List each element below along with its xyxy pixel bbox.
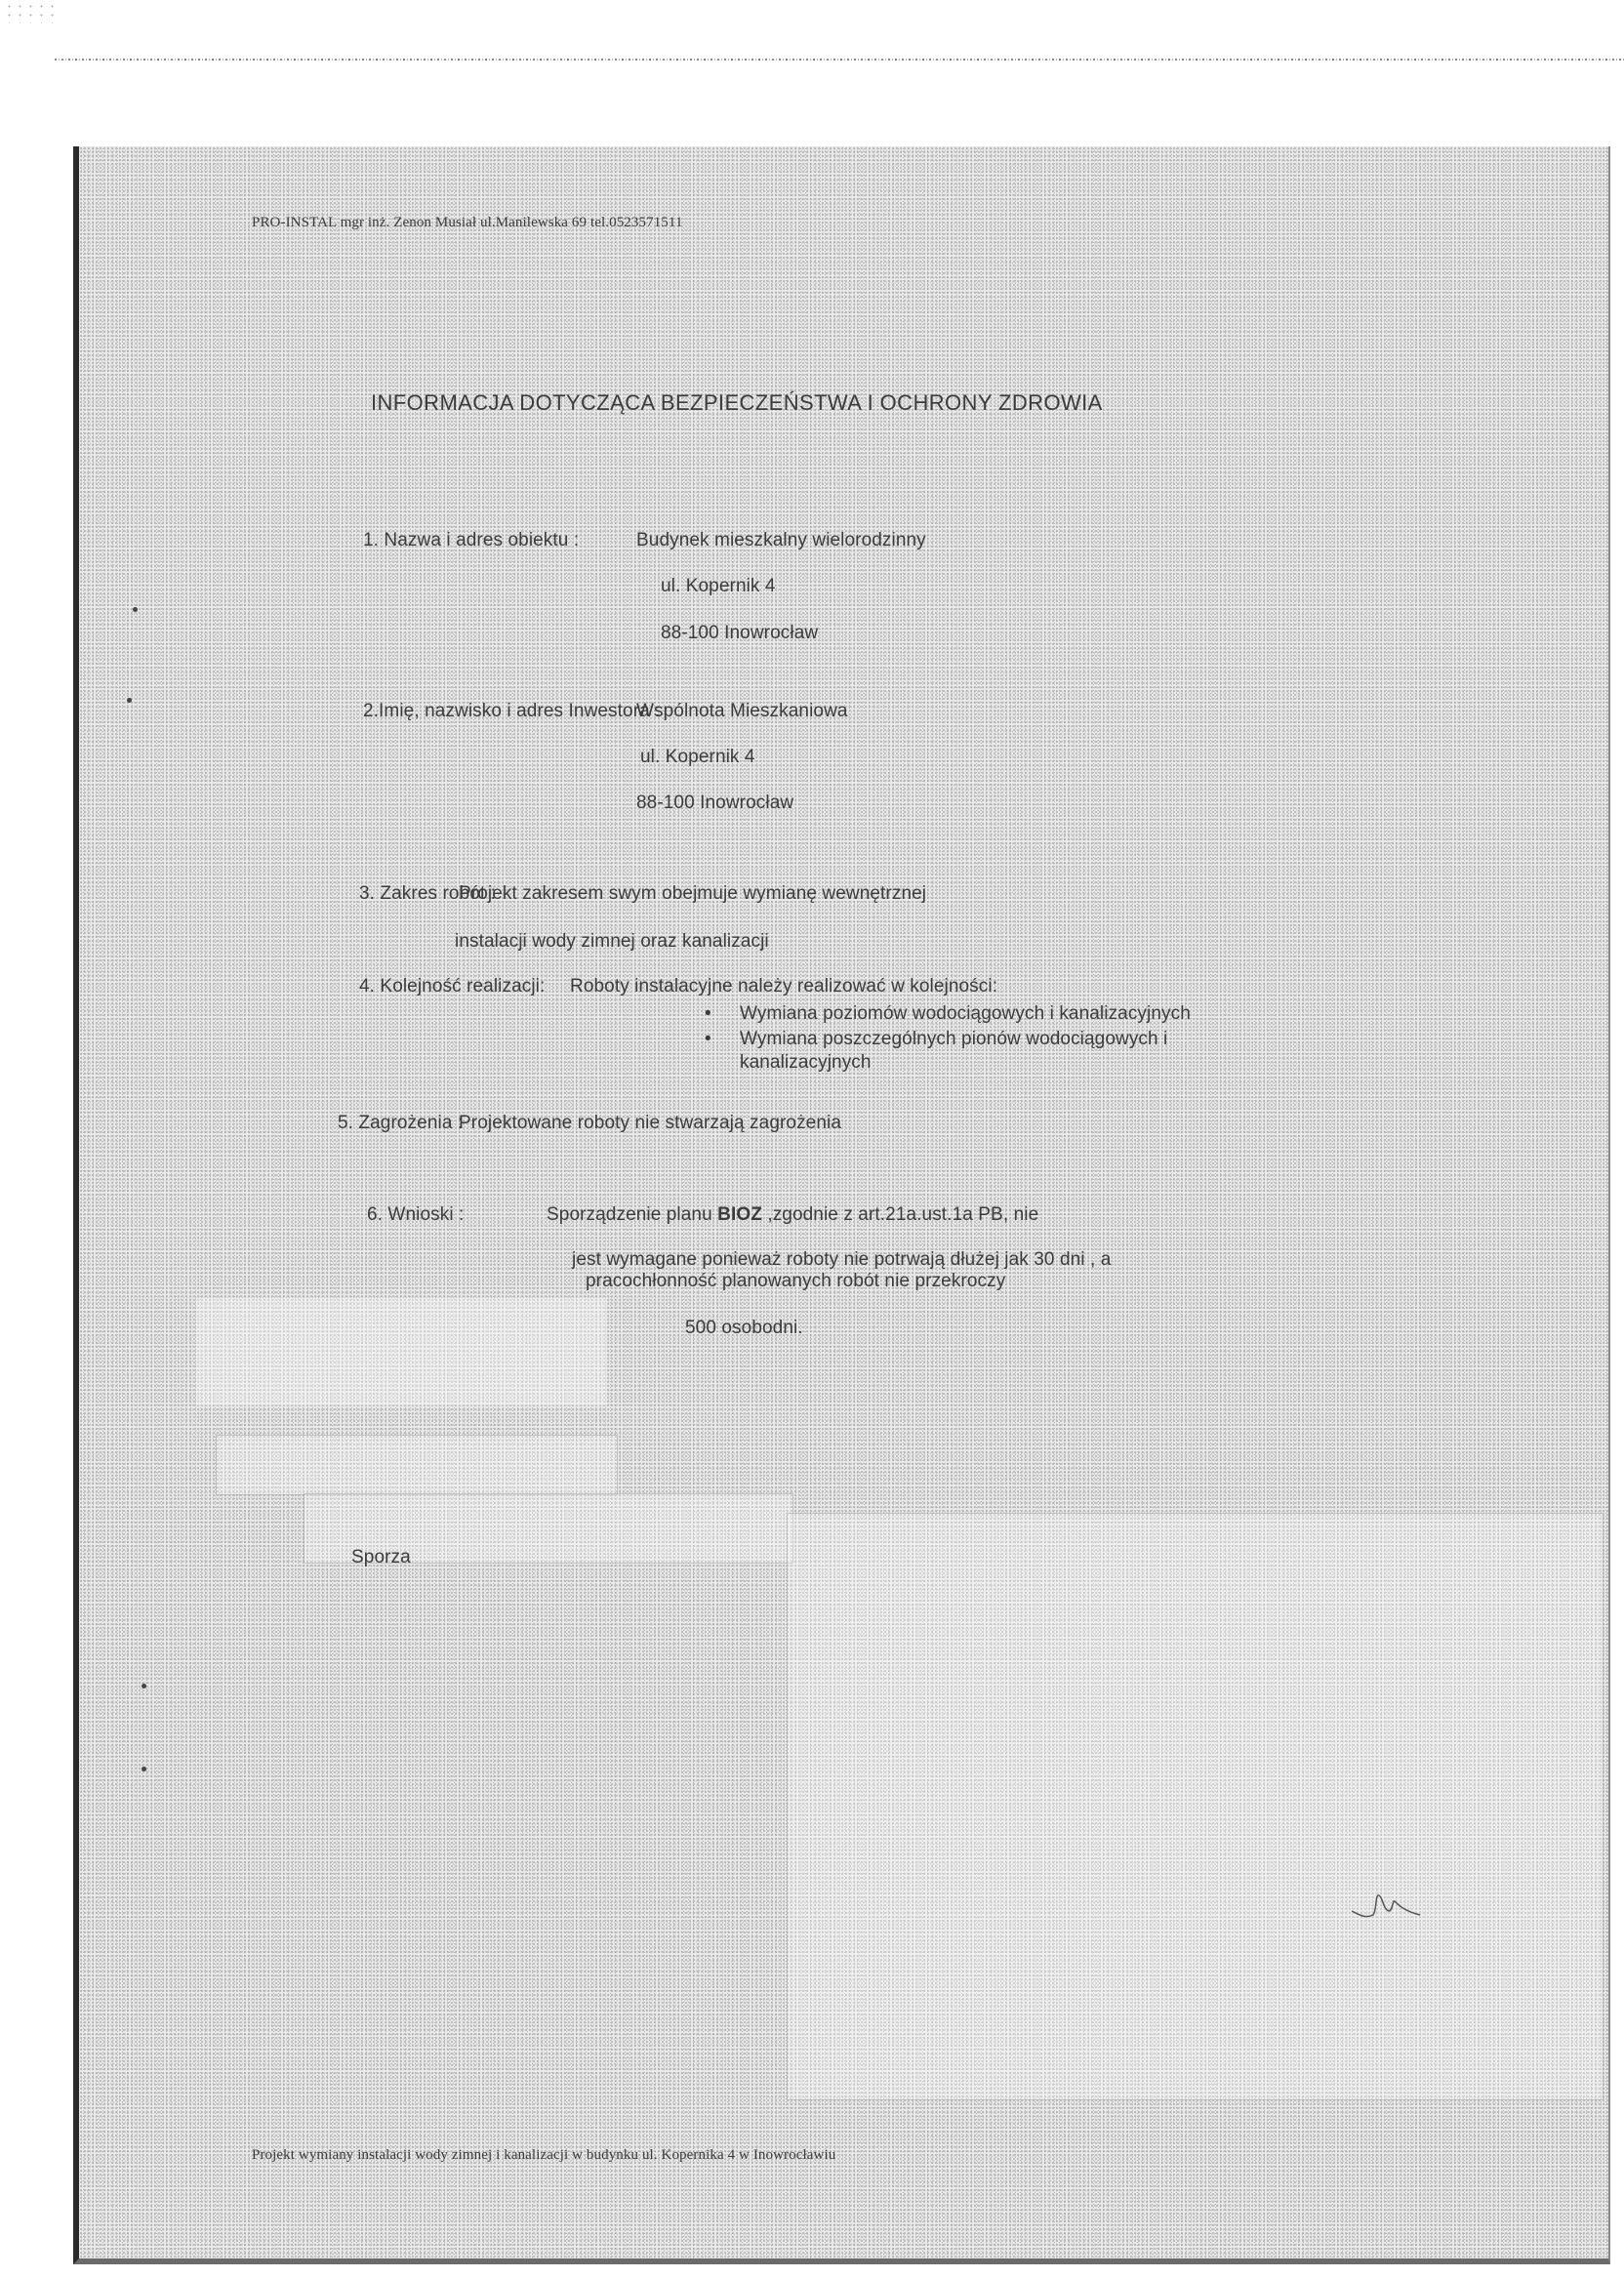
- item6-value-line4: 500 osobodni.: [685, 1318, 803, 1339]
- punch-hole-mark: [127, 698, 132, 703]
- prepared-by-label: Sporza: [351, 1547, 411, 1568]
- item6-value-line1: Sporządzenie planu BIOZ ,zgodnie z art.2…: [547, 1204, 1038, 1226]
- bioz-term: BIOZ: [717, 1204, 762, 1225]
- item1-address-street: ul. Kopernik 4: [661, 576, 776, 597]
- footer-text: Projekt wymiany instalacji wody zimnej i…: [252, 2147, 835, 2164]
- punch-hole-mark: [142, 1767, 146, 1771]
- item1-address-city: 88-100 Inowrocław: [661, 623, 818, 644]
- item4-bullet-2: Wymiana poszczególnych pionów wodociągow…: [740, 1029, 1167, 1050]
- item6-label: 6. Wnioski :: [367, 1204, 464, 1226]
- document-title: INFORMACJA DOTYCZĄCA BEZPIECZEŃSTWA I OC…: [371, 390, 1103, 416]
- item2-value: Wspólnota Mieszkaniowa: [636, 701, 848, 722]
- item1-label: 1. Nazwa i adres obiektu :: [363, 530, 579, 551]
- item6-value-line3: pracochłonność planowanych robót nie prz…: [586, 1271, 1005, 1292]
- stamp-area-paper: [787, 1513, 1604, 2100]
- item4-label: 4. Kolejność realizacji:: [359, 976, 545, 997]
- item5-label: 5. Zagrożenia :: [338, 1113, 463, 1134]
- item5-value: Projektowane roboty nie stwarzają zagroż…: [459, 1113, 841, 1134]
- item3-value-line1: Projekt zakresem swym obejmuje wymianę w…: [459, 883, 926, 905]
- item3-value-line2: instalacji wody zimnej oraz kanalizacji: [455, 931, 769, 953]
- item4-bullet-1: Wymiana poziomów wodociągowych i kanaliz…: [740, 1003, 1191, 1025]
- item2-address-city: 88-100 Inowrocław: [636, 793, 793, 814]
- page-light-patch: [196, 1298, 606, 1405]
- punch-hole-mark: [142, 1684, 146, 1688]
- item2-address-street: ul. Kopernik 4: [640, 747, 755, 768]
- item6-post: ,zgodnie z art.21a.ust.1a PB, nie: [762, 1204, 1038, 1225]
- scanner-edge-line: [55, 59, 1624, 61]
- item1-value: Budynek mieszkalny wielorodzinny: [636, 530, 926, 551]
- item6-pre: Sporządzenie planu: [547, 1204, 717, 1225]
- company-header: PRO-INSTAL mgr inż. Zenon Musiał ul.Mani…: [252, 215, 683, 231]
- item4-bullet-2-cont: kanalizacyjnych: [740, 1052, 872, 1074]
- punch-hole-mark: [133, 607, 138, 612]
- signature-mark: [1350, 1882, 1423, 1923]
- item6-value-line2: jest wymagane ponieważ roboty nie potrwa…: [572, 1249, 1111, 1271]
- item4-value: Roboty instalacyjne należy realizować w …: [570, 976, 997, 997]
- item2-label: 2.Imię, nazwisko i adres Inwestora :: [363, 701, 661, 722]
- pasted-paper-strip: [216, 1435, 618, 1495]
- scan-specks: [4, 2, 55, 23]
